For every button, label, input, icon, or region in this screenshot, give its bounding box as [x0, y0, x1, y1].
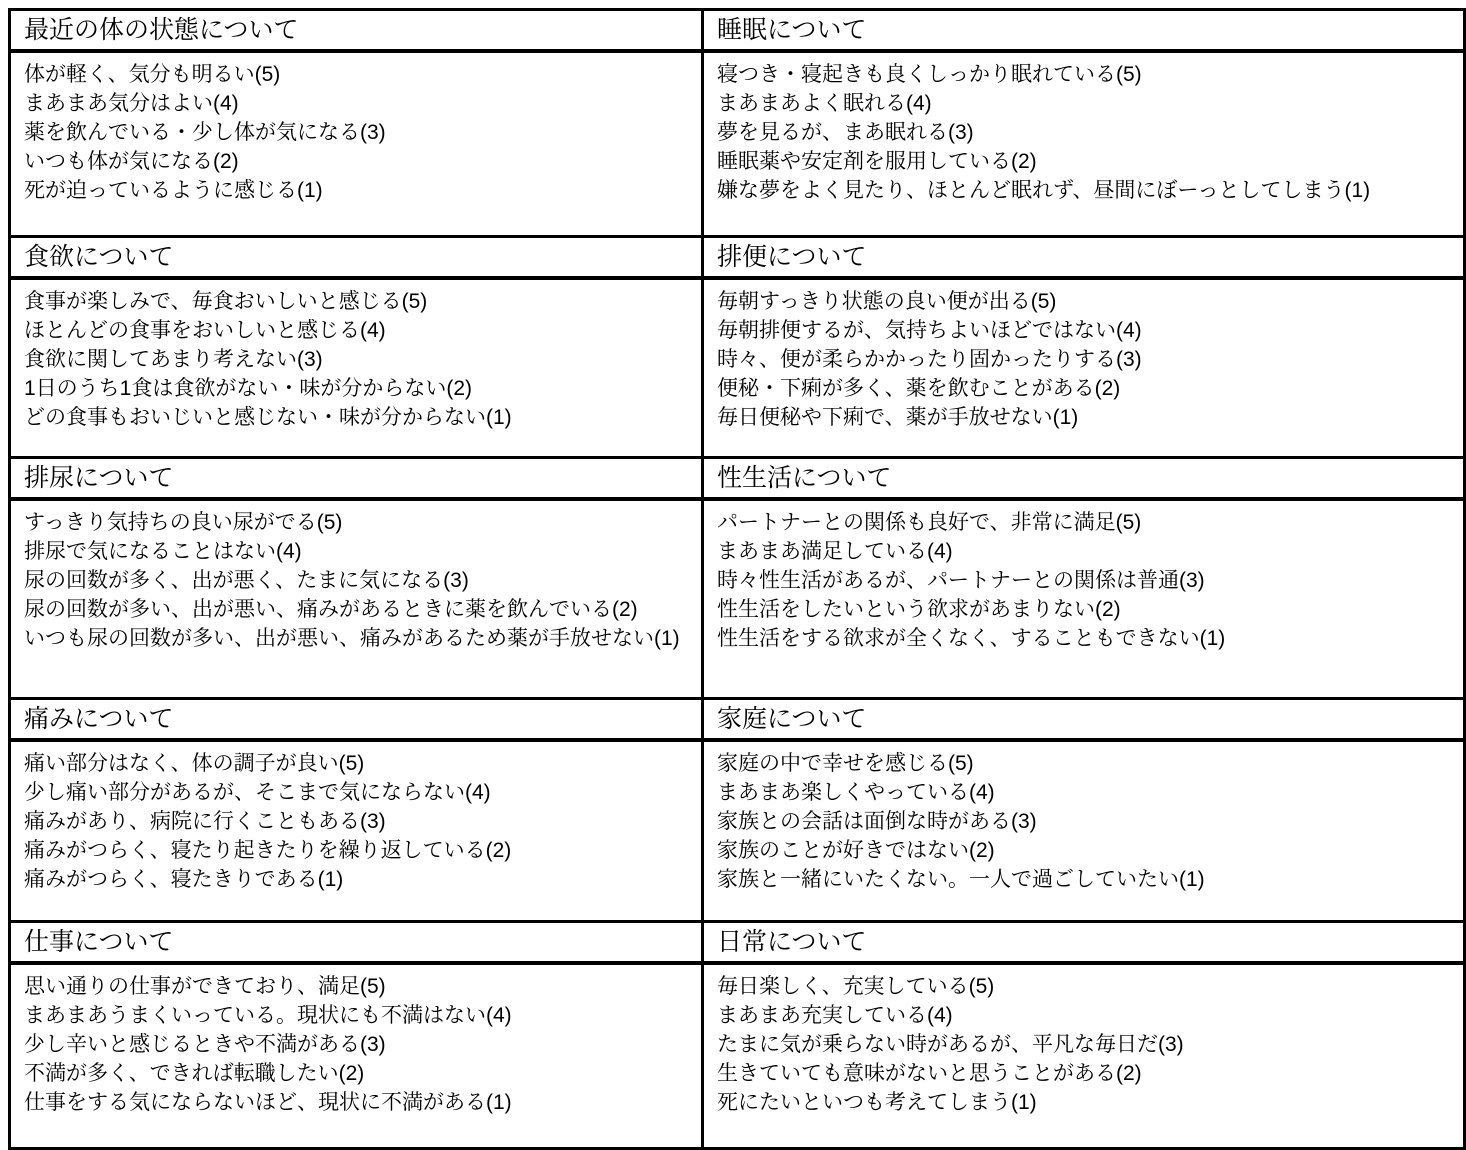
options-sleep: 寝つき・寝起きも良くしっかり眠れている(5) まあまあよく眠れる(4) 夢を見る…: [703, 51, 1465, 237]
option-line: まあまあ気分はよい(4): [24, 89, 689, 118]
option-line: 痛みがつらく、寝たきりである(1): [24, 865, 689, 894]
option-line: 痛みがあり、病院に行くこともある(3): [24, 807, 689, 836]
options-bowel: 毎朝すっきり状態の良い便が出る(5) 毎朝排便するが、気持ちよいほどではない(4…: [703, 278, 1465, 458]
section-title-daily-life: 日常について: [703, 922, 1465, 964]
options-appetite: 食事が楽しみで、毎食おいしいと感じる(5) ほとんどの食事をおいしいと感じる(4…: [10, 278, 703, 458]
option-line: 睡眠薬や安定剤を服用している(2): [717, 147, 1451, 176]
options-daily-life: 毎日楽しく、充実している(5) まあまあ充実している(4) たまに気が乗らない時…: [703, 963, 1465, 1149]
section-title-sleep: 睡眠について: [703, 10, 1465, 52]
option-line: 不満が多く、できれば転職したい(2): [24, 1059, 689, 1088]
options-pain: 痛い部分はなく、体の調子が良い(5) 少し痛い部分があるが、そこまで気にならない…: [10, 740, 703, 922]
option-line: 家族と一緒にいたくない。一人で過ごしていたい(1): [717, 865, 1451, 894]
options-urination: すっきり気持ちの良い尿がでる(5) 排尿で気になることはない(4) 尿の回数が多…: [10, 499, 703, 699]
options-family: 家庭の中で幸せを感じる(5) まあまあ楽しくやっている(4) 家族との会話は面倒…: [703, 740, 1465, 922]
option-line: 毎朝すっきり状態の良い便が出る(5): [717, 287, 1451, 316]
option-line: 死にたいといつも考えてしまう(1): [717, 1088, 1451, 1117]
option-line: 1日のうち1食は食欲がない・味が分からない(2): [24, 374, 689, 403]
section-content-row: 体が軽く、気分も明るい(5) まあまあ気分はよい(4) 薬を飲んでいる・少し体が…: [10, 51, 1465, 237]
option-line: 食事が楽しみで、毎食おいしいと感じる(5): [24, 287, 689, 316]
option-line: 毎日楽しく、充実している(5): [717, 972, 1451, 1001]
option-line: 家族との会話は面倒な時がある(3): [717, 807, 1451, 836]
section-content-row: 食事が楽しみで、毎食おいしいと感じる(5) ほとんどの食事をおいしいと感じる(4…: [10, 278, 1465, 458]
options-sex-life: パートナーとの関係も良好で、非常に満足(5) まあまあ満足している(4) 時々性…: [703, 499, 1465, 699]
health-questionnaire-table: 最近の体の状態について 睡眠について 体が軽く、気分も明るい(5) まあまあ気分…: [8, 8, 1466, 1150]
section-content-row: 痛い部分はなく、体の調子が良い(5) 少し痛い部分があるが、そこまで気にならない…: [10, 740, 1465, 922]
option-line: まあまあ満足している(4): [717, 537, 1451, 566]
option-line: たまに気が乗らない時があるが、平凡な毎日だ(3): [717, 1030, 1451, 1059]
option-line: ほとんどの食事をおいしいと感じる(4): [24, 316, 689, 345]
option-line: 家庭の中で幸せを感じる(5): [717, 749, 1451, 778]
option-line: 便秘・下痢が多く、薬を飲むことがある(2): [717, 374, 1451, 403]
option-line: 性生活をする欲求が全くなく、することもできない(1): [717, 624, 1451, 653]
option-line: 薬を飲んでいる・少し体が気になる(3): [24, 118, 689, 147]
option-line: まあまあうまくいっている。現状にも不満はない(4): [24, 1001, 689, 1030]
option-line: 仕事をする気にならないほど、現状に不満がある(1): [24, 1088, 689, 1117]
section-title-body-condition: 最近の体の状態について: [10, 10, 703, 52]
option-line: 食欲に関してあまり考えない(3): [24, 345, 689, 374]
option-line: 痛い部分はなく、体の調子が良い(5): [24, 749, 689, 778]
section-title-appetite: 食欲について: [10, 237, 703, 279]
section-header-row: 痛みについて 家庭について: [10, 699, 1465, 741]
option-line: まあまあ楽しくやっている(4): [717, 778, 1451, 807]
option-line: すっきり気持ちの良い尿がでる(5): [24, 508, 689, 537]
section-title-urination: 排尿について: [10, 458, 703, 500]
option-line: いつも体が気になる(2): [24, 147, 689, 176]
option-line: まあまあ充実している(4): [717, 1001, 1451, 1030]
option-line: 少し痛い部分があるが、そこまで気にならない(4): [24, 778, 689, 807]
options-body-condition: 体が軽く、気分も明るい(5) まあまあ気分はよい(4) 薬を飲んでいる・少し体が…: [10, 51, 703, 237]
option-line: 夢を見るが、まあ眠れる(3): [717, 118, 1451, 147]
option-line: どの食事もおいじいと感じない・味が分からない(1): [24, 403, 689, 432]
option-line: 尿の回数が多い、出が悪い、痛みがあるときに薬を飲んでいる(2): [24, 595, 689, 624]
option-line: 死が迫っているように感じる(1): [24, 176, 689, 205]
option-line: 思い通りの仕事ができており、満足(5): [24, 972, 689, 1001]
section-title-work: 仕事について: [10, 922, 703, 964]
option-line: 毎朝排便するが、気持ちよいほどではない(4): [717, 316, 1451, 345]
option-line: 嫌な夢をよく見たり、ほとんど眠れず、昼間にぼーっとしてしまう(1): [717, 176, 1451, 205]
option-line: 時々性生活があるが、パートナーとの関係は普通(3): [717, 566, 1451, 595]
option-line: 少し辛いと感じるときや不満がある(3): [24, 1030, 689, 1059]
section-content-row: すっきり気持ちの良い尿がでる(5) 排尿で気になることはない(4) 尿の回数が多…: [10, 499, 1465, 699]
section-header-row: 最近の体の状態について 睡眠について: [10, 10, 1465, 52]
section-header-row: 排尿について 性生活について: [10, 458, 1465, 500]
option-line: 排尿で気になることはない(4): [24, 537, 689, 566]
option-line: 毎日便秘や下痢で、薬が手放せない(1): [717, 403, 1451, 432]
section-header-row: 食欲について 排便について: [10, 237, 1465, 279]
option-line: パートナーとの関係も良好で、非常に満足(5): [717, 508, 1451, 537]
section-title-pain: 痛みについて: [10, 699, 703, 741]
section-title-family: 家庭について: [703, 699, 1465, 741]
option-line: 家族のことが好きではない(2): [717, 836, 1451, 865]
option-line: 性生活をしたいという欲求があまりない(2): [717, 595, 1451, 624]
section-content-row: 思い通りの仕事ができており、満足(5) まあまあうまくいっている。現状にも不満は…: [10, 963, 1465, 1149]
section-title-bowel: 排便について: [703, 237, 1465, 279]
option-line: いつも尿の回数が多い、出が悪い、痛みがあるため薬が手放せない(1): [24, 624, 689, 653]
section-header-row: 仕事について 日常について: [10, 922, 1465, 964]
option-line: 体が軽く、気分も明るい(5): [24, 60, 689, 89]
option-line: 生きていても意味がないと思うことがある(2): [717, 1059, 1451, 1088]
options-work: 思い通りの仕事ができており、満足(5) まあまあうまくいっている。現状にも不満は…: [10, 963, 703, 1149]
option-line: 時々、便が柔らかかったり固かったりする(3): [717, 345, 1451, 374]
option-line: 痛みがつらく、寝たり起きたりを繰り返している(2): [24, 836, 689, 865]
option-line: まあまあよく眠れる(4): [717, 89, 1451, 118]
option-line: 寝つき・寝起きも良くしっかり眠れている(5): [717, 60, 1451, 89]
section-title-sex-life: 性生活について: [703, 458, 1465, 500]
option-line: 尿の回数が多く、出が悪く、たまに気になる(3): [24, 566, 689, 595]
